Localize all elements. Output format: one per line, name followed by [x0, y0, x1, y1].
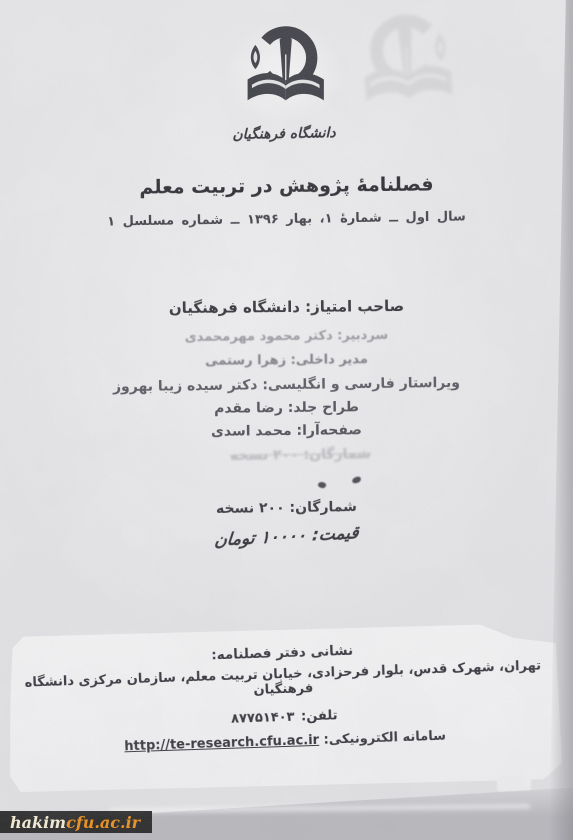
scanned-journal-colophon-page: دانشگاه فرهنگیان فصلنامهٔ پژوهش در تربیت…	[0, 0, 573, 840]
internal-manager-line: مدیر داخلی: زهرا رستمی	[0, 350, 573, 371]
journal-title: فصلنامهٔ پژوهش در تربیت معلم	[0, 172, 573, 200]
farhangian-university-logo-icon	[222, 18, 346, 122]
website-label: سامانه الکترونیکی:	[323, 729, 446, 748]
university-name-calligraphy: دانشگاه فرهنگیان	[186, 124, 382, 143]
page-layout-line: صفحه‌آرا: محمد اسدی	[0, 420, 573, 442]
editor-in-chief-line: سردبیر: دکتر محمود مهرمحمدی	[0, 326, 573, 347]
ink-smudge-dot	[317, 481, 327, 489]
address-box: نشانی دفتر فصلنامه: تهران، شهرک قدس، بلو…	[5, 619, 562, 797]
cover-designer-line: طراح جلد: رضا مقدم	[0, 397, 573, 419]
scan-light-streak	[110, 804, 530, 813]
watermark-bar: hakimcfu.ac.ir	[0, 811, 152, 833]
issue-info-line: سال اول ــ شمارهٔ ۱، بهار ۱۳۹۶ ــ شماره …	[0, 208, 573, 231]
editors-line: ویراستار فارسی و انگلیسی: دکتر سیده زیبا…	[0, 374, 573, 397]
ink-smudge-dot	[351, 476, 361, 484]
price-line-handwritten: قیمت: ۱۰۰۰۰ تومان	[0, 512, 573, 562]
watermark-domain: cfu.ac.ir	[66, 813, 140, 832]
website-url-link[interactable]: http://te-research.cfu.ac.ir	[124, 733, 319, 754]
smudged-circulation-line: شمارگان: ۲۰۰ نسخه	[14, 443, 573, 467]
scan-paper-notch	[497, 775, 532, 791]
watermark-site-name: hakim	[10, 813, 66, 832]
license-holder-line: صاحب امتیاز: دانشگاه فرهنگیان	[0, 296, 573, 319]
